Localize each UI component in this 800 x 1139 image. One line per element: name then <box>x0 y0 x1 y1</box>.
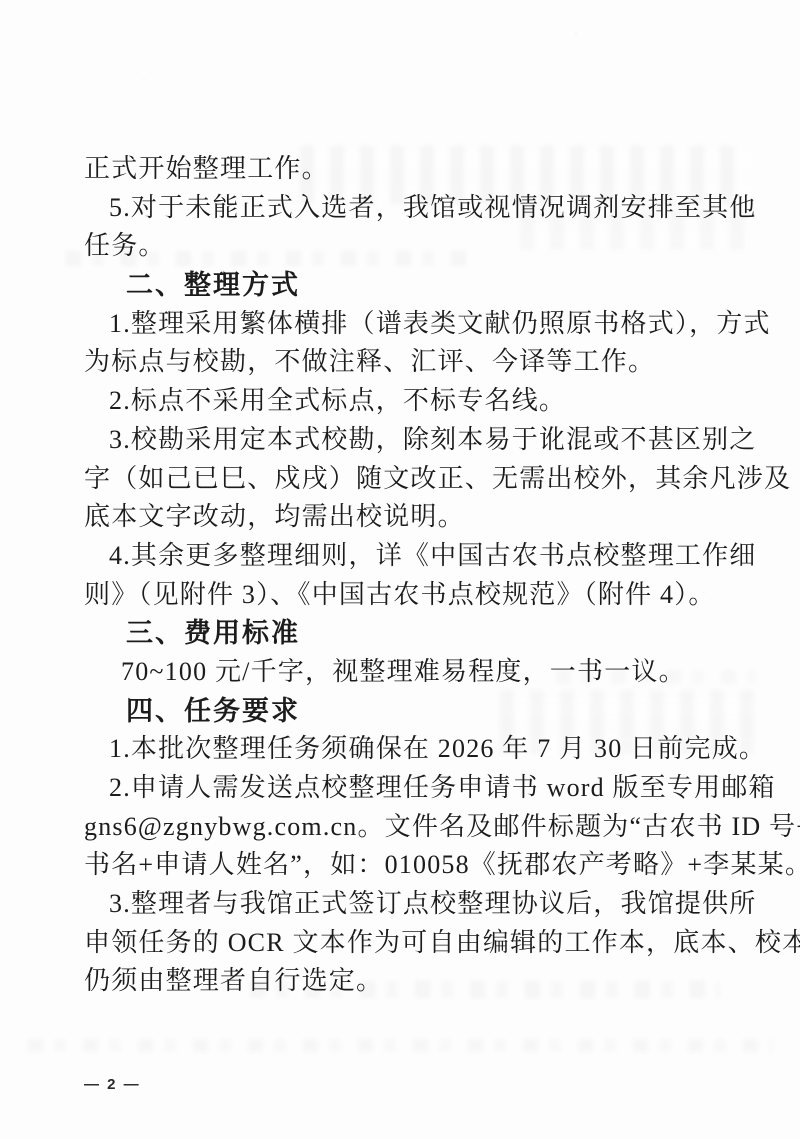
text-line: 2.申请人需发送点校整理任务申请书 word 版至专用邮箱 <box>84 769 732 808</box>
text-line: 3.校勘采用定本式校勘，除刻本易于讹混或不甚区别之 <box>84 421 732 460</box>
text-line: 3.整理者与我馆正式签订点校整理协议后，我馆提供所 <box>84 885 732 924</box>
text-line: 1.整理采用繁体横排（谱表类文献仍照原书格式），方式 <box>84 305 732 344</box>
text-line: 1.本批次整理任务须确保在 2026 年 7 月 30 日前完成。 <box>84 730 732 769</box>
text-line: 书名+申请人姓名”，如：010058《抚郡农产考略》+李某某。 <box>84 846 732 885</box>
text-line: 2.标点不采用全式标点，不标专名线。 <box>84 382 732 421</box>
page-number: — 2 — <box>84 1076 141 1093</box>
text-line: 则》（见附件 3）、《中国古农书点校规范》（附件 4）。 <box>84 576 732 615</box>
section-heading-2: 二、整理方式 <box>84 266 732 305</box>
text-line: 4.其余更多整理细则，详《中国古农书点校整理工作细 <box>84 537 732 576</box>
document-body: 正式开始整理工作。 5.对于未能正式入选者，我馆或视情况调剂安排至其他 任务。 … <box>84 150 732 1001</box>
bleed-through-artifact <box>28 1039 773 1052</box>
text-line: 5.对于未能正式入选者，我馆或视情况调剂安排至其他 <box>84 189 732 228</box>
text-line-email: gns6@zgnybwg.com.cn。文件名及邮件标题为“古农书 ID 号+ <box>84 808 732 847</box>
text-line: 任务。 <box>84 227 732 266</box>
section-heading-4: 四、任务要求 <box>84 692 732 731</box>
text-line: 底本文字改动，均需出校说明。 <box>84 498 732 537</box>
text-line: 为标点与校勘，不做注释、汇评、今译等工作。 <box>84 343 732 382</box>
text-line: 70~100 元/千字，视整理难易程度，一书一议。 <box>84 653 732 692</box>
scanned-document-page: 正式开始整理工作。 5.对于未能正式入选者，我馆或视情况调剂安排至其他 任务。 … <box>0 0 800 1139</box>
text-line: 仍须由整理者自行选定。 <box>84 962 732 1001</box>
text-line: 正式开始整理工作。 <box>84 150 732 189</box>
section-heading-3: 三、费用标准 <box>84 614 732 653</box>
text-line: 申领任务的 OCR 文本作为可自由编辑的工作本，底本、校本 <box>84 924 732 963</box>
text-line: 字（如己已巳、戍戌）随文改正、无需出校外，其余凡涉及 <box>84 460 732 499</box>
